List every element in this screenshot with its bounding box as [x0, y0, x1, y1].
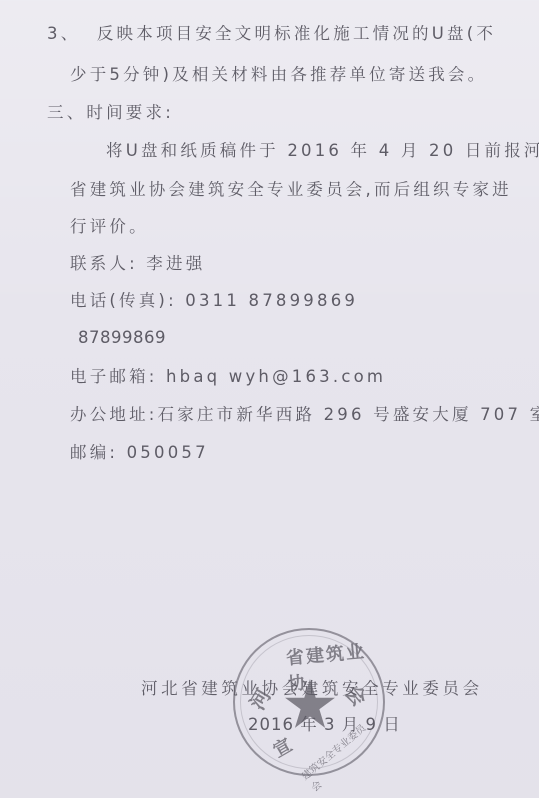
signature-date: 2016 年 3 月 9 日: [248, 715, 401, 735]
item-3-text-1: 反映本项目安全文明标准化施工情况的U盘(不: [97, 24, 496, 43]
contact-postcode: 邮编: 050057: [70, 443, 209, 463]
item-3-line-1: 3、 反映本项目安全文明标准化施工情况的U盘(不: [47, 24, 496, 44]
contact-phone-2: 87899869: [78, 328, 166, 348]
item-number: 3、: [47, 24, 80, 43]
document-page: 3、 反映本项目安全文明标准化施工情况的U盘(不 少于5分钟)及相关材料由各推荐…: [0, 0, 539, 798]
contact-phone: 电话(传真): 0311 87899869: [70, 291, 358, 311]
official-seal: 省建筑业协 河 会 宣 建筑安全专业委员会: [233, 628, 385, 776]
signature-organization: 河北省建筑业协会建筑安全专业委员会: [141, 679, 483, 699]
section-3-heading: 三、时间要求:: [47, 103, 174, 123]
contact-address: 办公地址:石家庄市新华西路 296 号盛安大厦 707 室: [70, 405, 539, 425]
item-3-line-2: 少于5分钟)及相关材料由各推荐单位寄送我会。: [70, 65, 487, 85]
contact-person: 联系人: 李进强: [70, 254, 205, 274]
section-3-paragraph-line-3: 行评价。: [70, 217, 149, 237]
section-3-paragraph-line-2: 省建筑业协会建筑安全专业委员会,而后组织专家进: [70, 180, 512, 200]
contact-email: 电子邮箱: hbaq wyh@163.com: [70, 367, 386, 387]
section-3-paragraph-line-1: 将U盘和纸质稿件于 2016 年 4 月 20 日前报河北: [106, 141, 539, 161]
